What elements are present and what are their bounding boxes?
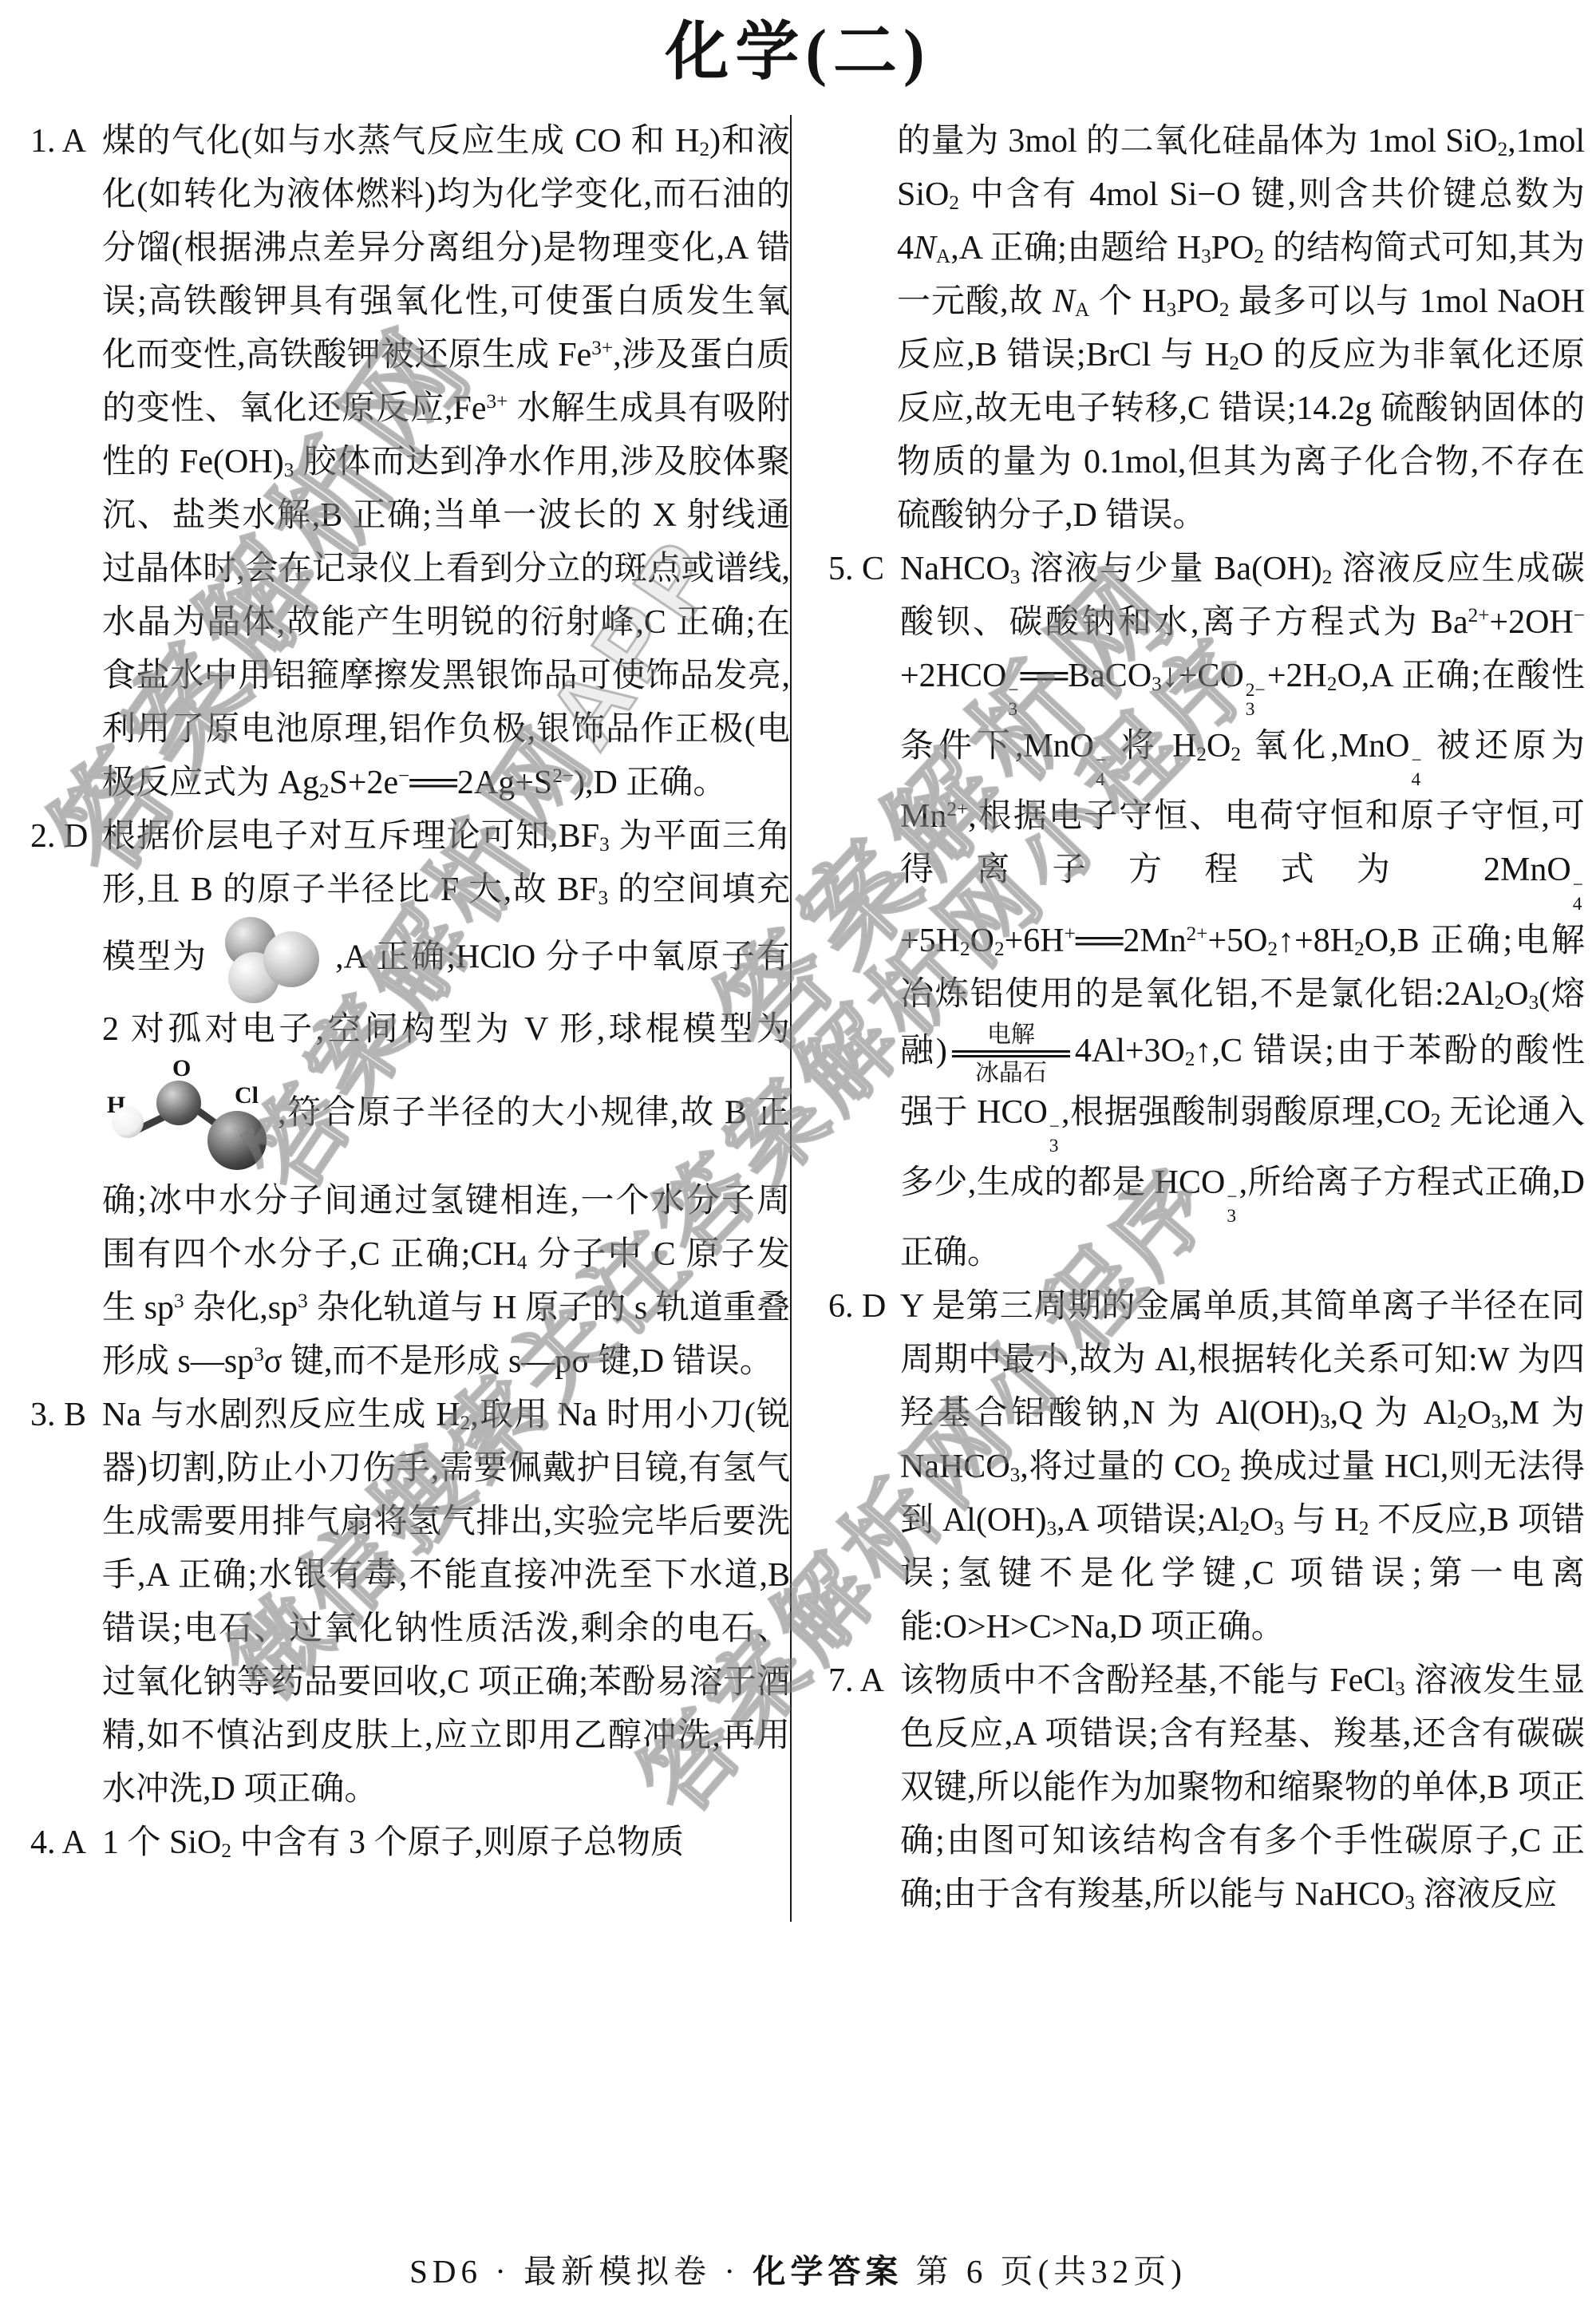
answer-explanation-4: 1 个 SiO2 中含有 3 个原子,则原子总物质	[102, 1816, 790, 1870]
answer-explanation-1: 煤的气化(如与水蒸气反应生成 CO 和 H2)和液化(如转化为液体燃料)均为化学…	[102, 115, 790, 810]
left-column: 1. A 煤的气化(如与水蒸气反应生成 CO 和 H2)和液化(如转化为液体燃料…	[30, 115, 790, 1922]
electrolysis-condition: 电解冰晶石	[952, 1022, 1070, 1086]
answer-label-3: 3. B	[30, 1389, 102, 1816]
answer-item-5: 5. C NaHCO3 溶液与少量 Ba(OH)2 溶液反应生成碳酸钡、碳酸钠和…	[828, 543, 1585, 1280]
answer-item-6: 6. D Y 是第三周期的金属单质,其简单离子半径在同周期中最小,故为 Al,根…	[828, 1280, 1585, 1654]
answer-4-continuation: 的量为 3mol 的二氧化硅晶体为 1mol SiO2,1mol SiO2 中含…	[897, 115, 1585, 543]
hydrogen-ball	[112, 1106, 144, 1138]
answer-label-2: 2. D	[30, 810, 102, 1389]
footer-exam-code: SD6 · 最新模拟卷 ·	[409, 2253, 753, 2290]
answer-explanation-5: NaHCO3 溶液与少量 Ba(OH)2 溶液反应生成碳酸钡、碳酸钠和水,离子方…	[900, 543, 1585, 1280]
answer-item-3: 3. B Na 与水剧烈反应生成 H2,取用 Na 时用小刀(锐器)切割,防止小…	[30, 1389, 790, 1816]
answer-label-4: 4. A	[30, 1816, 102, 1870]
hclo-ball-stick-model: OHCl	[107, 1057, 273, 1175]
answer-label-6: 6. D	[828, 1280, 900, 1654]
chlorine-atom-label: Cl	[235, 1084, 259, 1108]
footer-subject-title: 化学答案	[753, 2253, 903, 2290]
answer-explanation-6: Y 是第三周期的金属单质,其简单离子半径在同周期中最小,故为 Al,根据转化关系…	[900, 1280, 1585, 1654]
exam-answer-page: 化学(二) 1. A 煤的气化(如与水蒸气反应生成 CO 和 H2)和液化(如转…	[0, 0, 1596, 2316]
right-column: 的量为 3mol 的二氧化硅晶体为 1mol SiO2,1mol SiO2 中含…	[828, 115, 1585, 1922]
answer-label-5: 5. C	[828, 543, 900, 1280]
page-title: 化学(二)	[0, 21, 1596, 85]
column-divider	[790, 115, 792, 1922]
answer-item-4: 4. A 1 个 SiO2 中含有 3 个原子,则原子总物质	[30, 1816, 790, 1870]
bf3-space-filling-model	[212, 917, 330, 1003]
answer-item-7: 7. A 该物质中不含酚羟基,不能与 FeCl3 溶液发生显色反应,A 项错误;…	[828, 1654, 1585, 1922]
chlorine-ball	[207, 1111, 267, 1170]
answer-explanation-3: Na 与水剧烈反应生成 H2,取用 Na 时用小刀(锐器)切割,防止小刀伤手,需…	[102, 1389, 790, 1816]
oxygen-ball	[156, 1081, 201, 1125]
footer-page-number: 第 6 页(共32页)	[903, 2253, 1187, 2290]
two-column-layout: 1. A 煤的气化(如与水蒸气反应生成 CO 和 H2)和液化(如转化为液体燃料…	[30, 115, 1585, 1922]
answer-explanation-7: 该物质中不含酚羟基,不能与 FeCl3 溶液发生显色反应,A 项错误;含有羟基、…	[900, 1654, 1585, 1922]
answer-label-7: 7. A	[828, 1654, 900, 1922]
answer-explanation-2: 根据价层电子对互斥理论可知,BF3 为平面三角形,且 B 的原子半径比 F 大,…	[102, 810, 790, 1389]
page-footer: SD6 · 最新模拟卷 · 化学答案 第 6 页(共32页)	[0, 2245, 1596, 2292]
oxygen-atom-label: O	[172, 1057, 191, 1081]
answer-item-2: 2. D 根据价层电子对互斥理论可知,BF3 为平面三角形,且 B 的原子半径比…	[30, 810, 790, 1389]
answer-label-1: 1. A	[30, 115, 102, 810]
answer-item-1: 1. A 煤的气化(如与水蒸气反应生成 CO 和 H2)和液化(如转化为液体燃料…	[30, 115, 790, 810]
